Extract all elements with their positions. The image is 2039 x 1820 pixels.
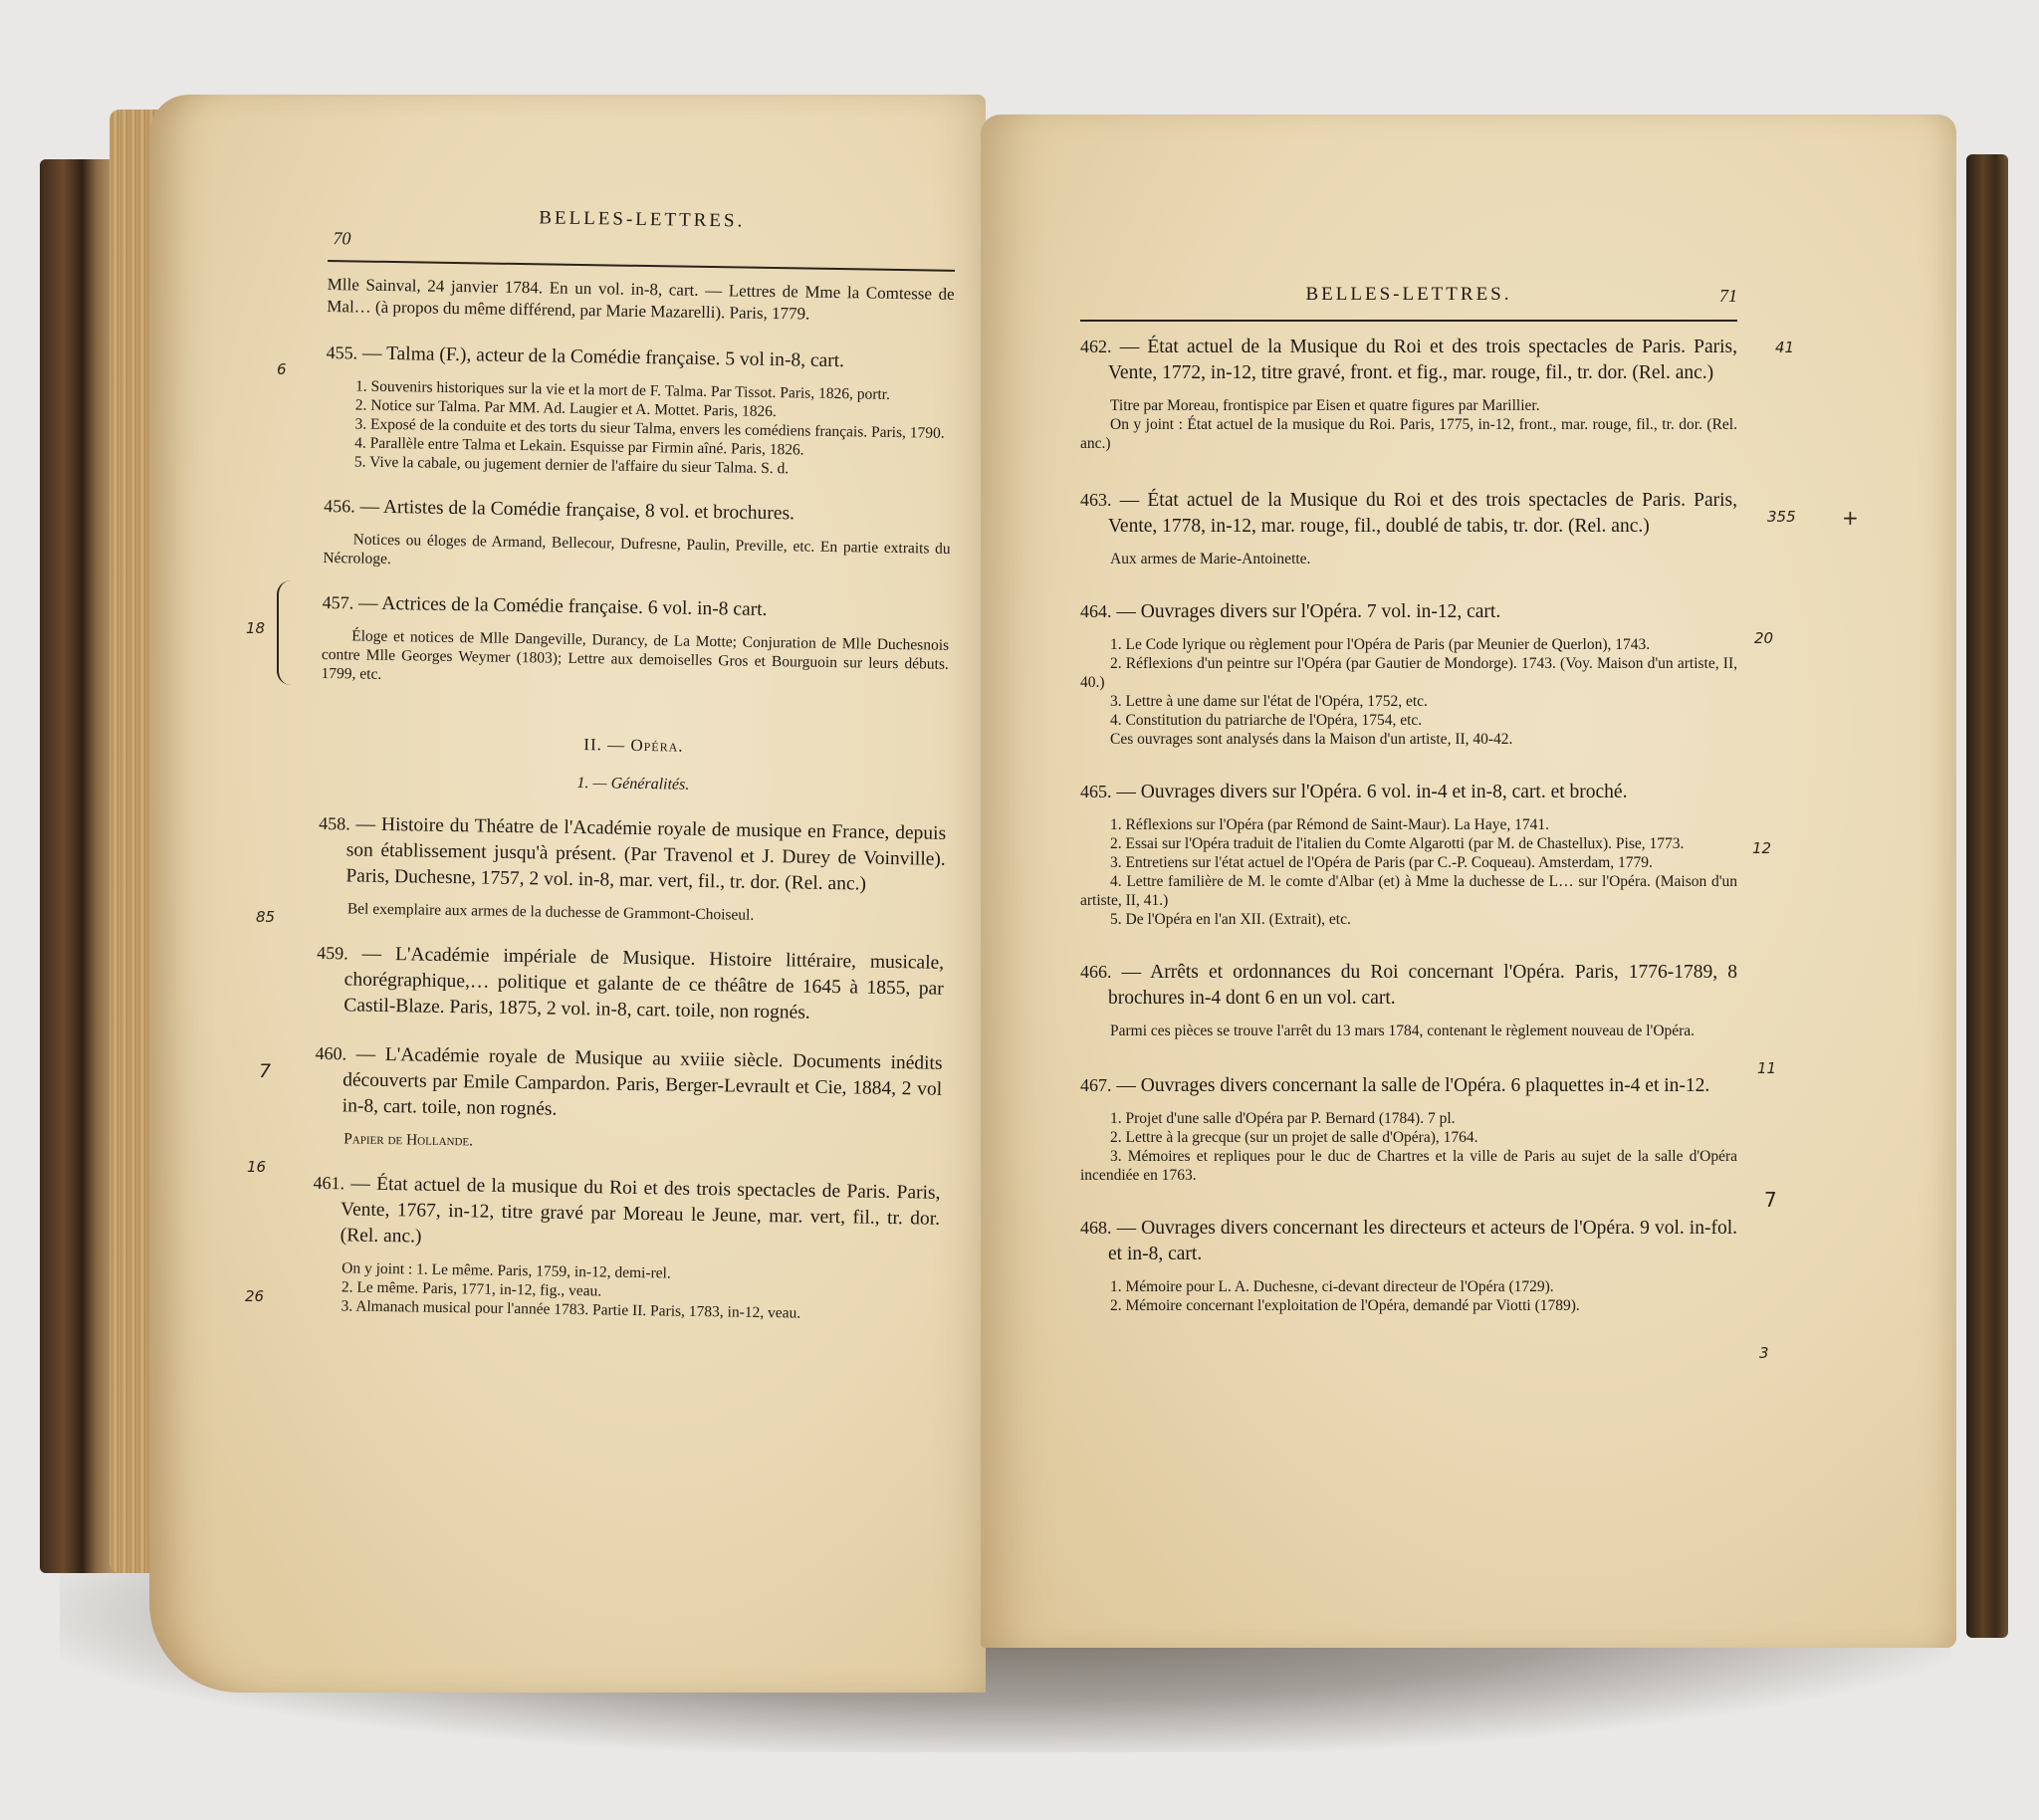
entry-title: — Talma (F.), acteur de la Comédie franç… [362,343,844,372]
handwritten-note: 26 [245,1287,264,1305]
entry-heading: 458. — Histoire du Théatre de l'Académie… [318,810,946,899]
entry-title: — État actuel de la musique du Roi et de… [340,1173,941,1247]
entry-item: 4. Constitution du patriarche de l'Opéra… [1080,711,1737,730]
entry-note-text: Notices ou éloges de Armand, Bellecour, … [323,530,951,577]
entry-title: — Ouvrages divers concernant les directe… [1108,1218,1737,1264]
catalog-entry-457: 457. — Actrices de la Comédie française.… [321,589,949,693]
entry-number: 465. [1080,782,1112,801]
entry-note: Éloge et notices de Mlle Dangeville, Dur… [321,626,949,693]
entry-item: 2. Essai sur l'Opéra traduit de l'italie… [1080,834,1737,853]
catalog-entry-465: 465. — Ouvrages divers sur l'Opéra. 6 vo… [1080,779,1737,929]
entry-heading: 455. — Talma (F.), acteur de la Comédie … [326,340,953,376]
entry-number: 462. [1080,337,1112,356]
handwritten-note: 41 [1775,339,1794,356]
entry-title: — État actuel de la Musique du Roi et de… [1108,490,1737,537]
entry-note: Aux armes de Marie-Antoinette. [1080,550,1737,569]
entry-title: — L'Académie impériale de Musique. Histo… [343,944,944,1024]
entry-heading: 462. — État actuel de la Musique du Roi … [1080,334,1737,386]
entry-items: On y joint : 1. Le même. Paris, 1759, in… [311,1258,939,1325]
handwritten-note: 85 [256,908,275,926]
catalog-entry-459: 459. — L'Académie impériale de Musique. … [316,940,944,1028]
page-number: 71 [1719,286,1737,307]
entry-items: 1. Mémoire pour L. A. Duchesne, ci-devan… [1080,1277,1737,1315]
handwritten-note: 16 [247,1158,266,1176]
entry-items: 1. Projet d'une salle d'Opéra par P. Ber… [1080,1109,1737,1185]
catalog-entry-461: 461. — État actuel de la musique du Roi … [311,1170,940,1325]
handwritten-note: 7 [1764,1188,1777,1212]
catalog-entry-456: 456. — Artistes de la Comédie française,… [323,493,951,577]
entry-heading: 466. — Arrêts et ordonnances du Roi conc… [1080,959,1737,1012]
entry-item: 1. Projet d'une salle d'Opéra par P. Ber… [1080,1109,1737,1128]
entry-heading: 456. — Artistes de la Comédie française,… [324,493,951,530]
entry-title: — Ouvrages divers sur l'Opéra. 7 vol. in… [1116,601,1500,622]
entry-number: 467. [1080,1075,1112,1095]
catalog-entry-464: 464. — Ouvrages divers sur l'Opéra. 7 vo… [1080,598,1737,749]
entry-note-text: On y joint : État actuel de la musique d… [1080,415,1737,453]
entry-title: — L'Académie royale de Musique au xviiie… [342,1044,943,1120]
handwritten-note: 20 [1754,629,1773,647]
running-head: BELLES-LETTRES. [1080,284,1737,312]
header-rule [1080,320,1737,322]
entry-note-text: Aux armes de Marie-Antoinette. [1080,550,1737,569]
catalog-entry-468: 468. — Ouvrages divers concernant les di… [1080,1215,1737,1315]
catalog-entry-458: 458. — Histoire du Théatre de l'Académie… [318,810,947,928]
entry-item: 3. Lettre à une dame sur l'état de l'Opé… [1080,692,1737,711]
header-rule [328,260,955,272]
handwritten-note: 6 [277,360,287,378]
entry-heading: 463. — État actuel de la Musique du Roi … [1080,487,1737,540]
entry-note-text: Parmi ces pièces se trouve l'arrêt du 13… [1080,1022,1737,1040]
running-head-text: BELLES-LETTRES. [539,207,745,238]
entry-item: Ces ouvrages sont analysés dans la Maiso… [1080,730,1737,749]
handwritten-note: 18 [246,619,265,637]
handwritten-note: 11 [1757,1059,1776,1077]
entry-note-text: Bel exemplaire aux armes de la duchesse … [318,899,945,928]
handwritten-plus-mark: + [1842,506,1859,530]
entry-item: 2. Lettre à la grecque (sur un projet de… [1080,1128,1737,1147]
catalog-entry-462: 462. — État actuel de la Musique du Roi … [1080,334,1737,453]
right-page-content: BELLES-LETTRES. 71 462. — État actuel de… [1080,284,1737,1315]
continued-text: Mlle Sainval, 24 janvier 1784. En un vol… [327,274,955,328]
catalog-entry-463: 463. — État actuel de la Musique du Roi … [1080,487,1737,569]
entry-items: 1. Réflexions sur l'Opéra (par Rémond de… [1080,815,1737,929]
handwritten-note: 7 [259,1060,271,1082]
entry-number: 468. [1080,1218,1112,1238]
entry-note: Bel exemplaire aux armes de la duchesse … [318,899,945,928]
entry-heading: 459. — L'Académie impériale de Musique. … [316,940,944,1028]
entry-number: 456. [324,496,355,516]
entry-item: 3. Entretiens sur l'état actuel de l'Opé… [1080,853,1737,872]
entry-heading: 465. — Ouvrages divers sur l'Opéra. 6 vo… [1080,779,1737,805]
entry-title: — Actrices de la Comédie française. 6 vo… [358,593,768,620]
entry-number: 460. [315,1043,346,1063]
entry-item: 1. Mémoire pour L. A. Duchesne, ci-devan… [1080,1277,1737,1296]
entry-heading: 460. — L'Académie royale de Musique au x… [315,1040,943,1129]
entry-number: 459. [317,943,348,963]
entry-title: — Ouvrages divers concernant la salle de… [1116,1075,1709,1096]
catalog-entry-460: 460. — L'Académie royale de Musique au x… [314,1040,943,1158]
catalog-entry-455: 455. — Talma (F.), acteur de la Comédie … [325,340,954,481]
handwritten-note: 3 [1759,1344,1769,1362]
entry-item: 1. Le Code lyrique ou règlement pour l'O… [1080,635,1737,654]
handwritten-brace [277,580,293,685]
entry-number: 457. [323,592,354,612]
entry-item: 5. De l'Opéra en l'an XII. (Extrait), et… [1080,910,1737,929]
catalog-entry-466: 466. — Arrêts et ordonnances du Roi conc… [1080,959,1737,1040]
entry-number: 466. [1080,962,1112,982]
entry-heading: 457. — Actrices de la Comédie française.… [322,589,949,626]
entry-items: 1. Souvenirs historiques sur la vie et l… [325,376,953,481]
subsection-title: 1. — Généralités. [320,771,947,798]
entry-number: 463. [1080,490,1112,510]
entry-title: — Artistes de la Comédie française, 8 vo… [359,497,794,525]
entry-item: 2. Mémoire concernant l'exploitation de … [1080,1296,1737,1315]
entry-note-text: Éloge et notices de Mlle Dangeville, Dur… [321,626,949,693]
entry-note: Papier de Hollande. [314,1129,941,1158]
running-head-text: BELLES-LETTRES. [1305,284,1511,312]
entry-items: 1. Le Code lyrique ou règlement pour l'O… [1080,635,1737,749]
catalog-entry-467: 467. — Ouvrages divers concernant la sal… [1080,1072,1737,1185]
handwritten-note: 355 [1767,508,1796,526]
entry-title: — Histoire du Théatre de l'Académie roya… [345,814,946,895]
entry-number: 461. [313,1173,344,1193]
section-title: II. — Opéra. [320,731,947,761]
page-number: 70 [333,228,350,249]
entry-item: 1. Réflexions sur l'Opéra (par Rémond de… [1080,815,1737,834]
entry-heading: 468. — Ouvrages divers concernant les di… [1080,1215,1737,1267]
entry-heading: 467. — Ouvrages divers concernant la sal… [1080,1072,1737,1099]
book-binding-right [1966,154,2008,1638]
entry-note-text: Titre par Moreau, frontispice par Eisen … [1080,396,1737,415]
handwritten-note: 12 [1752,839,1771,857]
entry-number: 464. [1080,601,1112,621]
entry-item: 3. Mémoires et repliques pour le duc de … [1080,1147,1737,1185]
entry-title: — État actuel de la Musique du Roi et de… [1108,337,1737,383]
entry-title: — Ouvrages divers sur l'Opéra. 6 vol. in… [1116,782,1627,802]
entry-note: Titre par Moreau, frontispice par Eisen … [1080,396,1737,453]
entry-note-text: Papier de Hollande. [314,1129,941,1158]
left-page-content: BELLES-LETTRES. 70 Mlle Sainval, 24 janv… [311,204,955,1325]
entry-heading: 464. — Ouvrages divers sur l'Opéra. 7 vo… [1080,598,1737,625]
entry-number: 455. [327,342,358,362]
entry-heading: 461. — État actuel de la musique du Roi … [313,1170,941,1258]
entry-item: 2. Réflexions d'un peintre sur l'Opéra (… [1080,654,1737,692]
entry-item: 4. Lettre familière de M. le comte d'Alb… [1080,872,1737,910]
entry-number: 458. [319,813,350,833]
entry-note: Parmi ces pièces se trouve l'arrêt du 13… [1080,1022,1737,1040]
entry-note: Notices ou éloges de Armand, Bellecour, … [323,530,951,577]
entry-title: — Arrêts et ordonnances du Roi concernan… [1108,962,1737,1009]
